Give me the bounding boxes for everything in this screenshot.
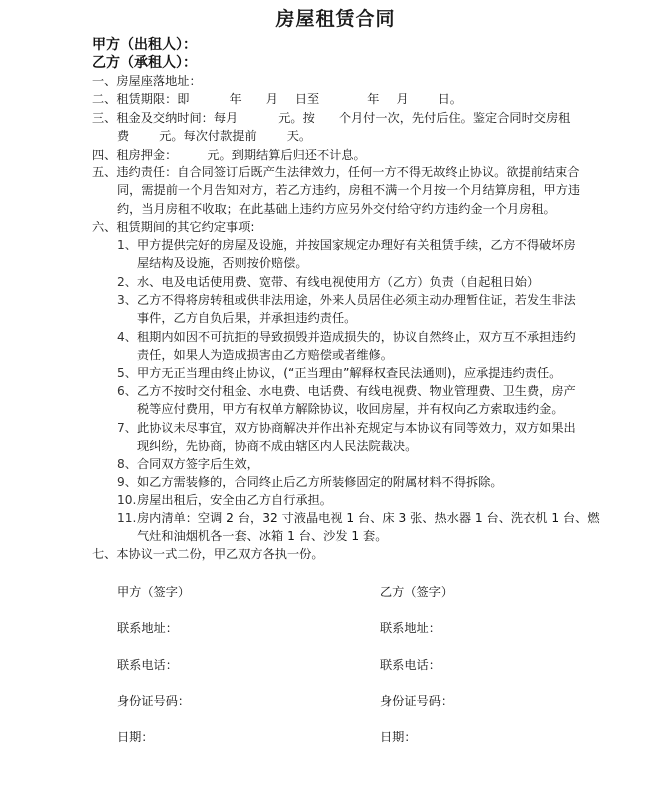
section-text: 本协议一式二份，甲乙双方各执一份。	[116, 547, 323, 561]
section-text: 租赁期间的其它约定事项:	[116, 220, 254, 234]
clause-number: 5、	[117, 364, 137, 382]
end-month-label: 月	[396, 92, 408, 106]
party-b-address: 联系地址：	[380, 619, 441, 637]
clause-3-cont: 事件，乙方自负后果，并承担违约责任。	[137, 309, 356, 327]
clause-number: 6、	[117, 382, 137, 400]
section-2: 二、租赁期限：即年月日至年月日。	[92, 90, 462, 108]
clause-7-cont: 现纠纷，先协商，协商不成由辖区内人民法院裁决。	[137, 437, 417, 455]
party-b-label: 乙方（承租人）：	[92, 54, 197, 72]
clause-number: 9、	[117, 473, 137, 491]
clause-6: 6、乙方不按时交付租金、水电费、电话费、有线电视费、物业管理费、卫生费，房产	[117, 382, 576, 400]
clause-1-cont: 屋结构及设施，否则按价赔偿。	[137, 254, 308, 272]
clause-4-cont: 责任，如果人为造成损害由乙方赔偿或者维修。	[137, 346, 393, 364]
document-title: 房屋租赁合同	[0, 4, 671, 31]
clause-number: 10.	[117, 491, 137, 509]
section-7: 七、本协议一式二份，甲乙双方各执一份。	[92, 545, 324, 563]
party-b-date: 日期：	[380, 728, 417, 746]
section-number: 五、	[92, 165, 116, 179]
clause-text: 房屋出租后，安全由乙方自行承担。	[137, 493, 332, 507]
rent-label: 租金及交纳时间：每月	[116, 111, 238, 125]
section-text: 违约责任：自合同签订后既产生法律效力，任何一方不得无故终止协议。欲提前结束合	[116, 165, 579, 179]
section-text: 房屋座落地址：	[116, 74, 201, 88]
clause-number: 8、	[117, 455, 137, 473]
party-b-id-number: 身份证号码：	[380, 692, 453, 710]
clause-7: 7、此协议未尽事宜，双方协商解决并作出补充规定与本协议有同等效力，双方如果出	[117, 419, 576, 437]
clause-text: 乙方不按时交付租金、水电费、电话费、有线电视费、物业管理费、卫生费，房产	[137, 384, 576, 398]
clause-text: 房内清单：空调 2 台，32 寸液晶电视 1 台、床 3 张、热水器 1 台、洗…	[137, 511, 600, 525]
section-3: 三、租金及交纳时间：每月元。按个月付一次，先付后住。鉴定合同时交房租	[92, 109, 570, 127]
clause-text: 甲方无正当理由终止协议，(“正当理由”解释权查民法通则)，应承提违约责任。	[137, 366, 561, 380]
section-5: 五、违约责任：自合同签订后既产生法律效力，任何一方不得无故终止协议。欲提前结束合	[92, 163, 580, 181]
fee-label: 费	[117, 129, 129, 143]
clause-number: 4、	[117, 328, 137, 346]
clause-4: 4、租期内如因不可抗拒的导致损毁并造成损失的，协议自然终止，双方互不承担违约	[117, 328, 576, 346]
clause-9: 9、如乙方需装修的，合同终止后乙方所装修固定的附属材料不得拆除。	[117, 473, 503, 491]
party-a-phone: 联系电话：	[117, 656, 178, 674]
end-year-label: 年	[367, 92, 379, 106]
section-number: 二、	[92, 92, 116, 106]
days-label: 天。	[287, 129, 311, 143]
clause-text: 如乙方需装修的，合同终止后乙方所装修固定的附属材料不得拆除。	[137, 475, 503, 489]
section-number: 三、	[92, 111, 116, 125]
lease-term-label: 租赁期限：即	[116, 92, 189, 106]
deposit-label: 租房押金：	[116, 148, 177, 162]
section-5-cont: 约，当月房租不收取；在此基础上违约方应另外交付给守约方违约金一个月房租。	[117, 200, 556, 218]
section-6: 六、租赁期间的其它约定事项:	[92, 218, 255, 236]
section-4: 四、租房押金：元。到期结算后归还不计息。	[92, 146, 366, 164]
section-number: 一、	[92, 74, 116, 88]
clause-number: 2、	[117, 273, 137, 291]
section-3-cont: 费元。每次付款提前天。	[117, 127, 311, 145]
advance-label: 元。每次付款提前	[159, 129, 257, 143]
party-b-phone: 联系电话：	[380, 656, 441, 674]
clause-text: 此协议未尽事宜，双方协商解决并作出补充规定与本协议有同等效力，双方如果出	[137, 421, 576, 435]
clause-text: 水、电及电话使用费、宽带、有线电视使用方（乙方）负责（自起租日始）	[137, 275, 539, 289]
clause-8: 8、合同双方签字后生效，	[117, 455, 259, 473]
clause-number: 1、	[117, 236, 137, 254]
start-day-label: 日至	[295, 92, 319, 106]
section-number: 四、	[92, 148, 116, 162]
clause-11-cont: 气灶和油烟机各一套、冰箱 1 台、沙发 1 套。	[137, 527, 387, 545]
party-b-signature: 乙方（签字）	[380, 583, 453, 601]
party-a-address: 联系地址：	[117, 619, 178, 637]
party-a-signature: 甲方（签字）	[117, 583, 190, 601]
clause-number: 7、	[117, 419, 137, 437]
clause-3: 3、乙方不得将房转租或供非法用途，外来人员居住必须主动办理暂住证，若发生非法	[117, 291, 576, 309]
clause-11: 11.房内清单：空调 2 台，32 寸液晶电视 1 台、床 3 张、热水器 1 …	[117, 509, 600, 527]
section-5-cont: 同，需提前一个月告知对方，若乙方违约，房租不满一个月按一个月结算房租，甲方违	[117, 181, 580, 199]
party-a-date: 日期：	[117, 728, 154, 746]
clause-number: 3、	[117, 291, 137, 309]
contract-page: 房屋租赁合同 甲方（出租人）： 乙方（承租人）： 一、房屋座落地址： 二、租赁期…	[0, 0, 671, 811]
section-number: 七、	[92, 547, 116, 561]
clause-2: 2、水、电及电话使用费、宽带、有线电视使用方（乙方）负责（自起租日始）	[117, 273, 539, 291]
clause-text: 乙方不得将房转租或供非法用途，外来人员居住必须主动办理暂住证，若发生非法	[137, 293, 576, 307]
clause-number: 11.	[117, 509, 137, 527]
party-a-id-number: 身份证号码：	[117, 692, 190, 710]
clause-10: 10.房屋出租后，安全由乙方自行承担。	[117, 491, 332, 509]
deposit-terms: 元。到期结算后归还不计息。	[207, 148, 365, 162]
pay-terms-text: 个月付一次，先付后住。鉴定合同时交房租	[339, 111, 571, 125]
clause-1: 1、甲方提供完好的房屋及设施，并按国家规定办理好有关租赁手续，乙方不得破坏房	[117, 236, 576, 254]
clause-text: 甲方提供完好的房屋及设施，并按国家规定办理好有关租赁手续，乙方不得破坏房	[137, 238, 576, 252]
end-day-label: 日。	[438, 92, 462, 106]
clause-5: 5、甲方无正当理由终止协议，(“正当理由”解释权查民法通则)，应承提违约责任。	[117, 364, 561, 382]
party-a-label: 甲方（出租人）：	[92, 36, 197, 54]
clause-text: 合同双方签字后生效，	[137, 457, 259, 471]
pay-interval-label: 元。按	[278, 111, 315, 125]
section-number: 六、	[92, 220, 116, 234]
section-1: 一、房屋座落地址：	[92, 72, 202, 90]
clause-6-cont: 税等应付费用，甲方有权单方解除协议，收回房屋，并有权向乙方索取违约金。	[137, 400, 564, 418]
start-year-label: 年	[230, 92, 242, 106]
start-month-label: 月	[266, 92, 278, 106]
clause-text: 租期内如因不可抗拒的导致损毁并造成损失的，协议自然终止，双方互不承担违约	[137, 330, 576, 344]
